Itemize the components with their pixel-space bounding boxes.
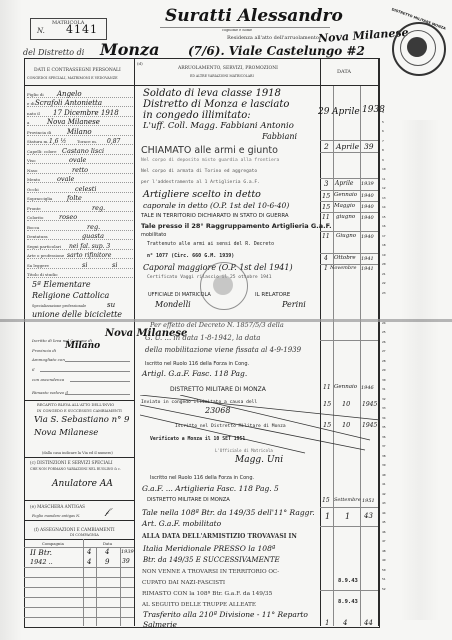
date-row-line (320, 253, 378, 254)
header-row-line (24, 85, 380, 86)
provincia-value: Milano (65, 341, 100, 351)
entry-line-printed: ALLA DATA DELL'ARMISTIZIO TROVAVASI IN (142, 533, 297, 540)
field-row: Frontereg. (27, 202, 133, 212)
date-row-line (320, 340, 378, 341)
section-line (24, 457, 134, 458)
row-line (24, 597, 134, 598)
signature: Perini (282, 300, 306, 309)
entry-line: L'uff. Coll. Magg. Fabbiani Antonio (143, 121, 294, 131)
field-row: Specializzazione professionalesu (27, 300, 133, 308)
maschera-title: (e) MASCHERA ANTIGAS (30, 504, 85, 509)
entry-line: in congedo illimitato: (143, 110, 251, 121)
field-row: Sopraccigliafolte (27, 193, 133, 203)
field-row: Figlio diAngelo (27, 88, 133, 98)
entry-line: Soldato di leva classe 1918 (143, 88, 281, 99)
signature: Fabbiani (262, 132, 297, 141)
date-row-line (320, 507, 378, 508)
scan-shadow-right (400, 120, 440, 620)
entry-line-printed: AL SEGUITO DELLE TRUPPE ALLEATE (142, 602, 256, 608)
field-row: 5ª Elementare (27, 278, 133, 289)
field-row: Boccareg. (27, 221, 133, 231)
assegnazioni-subtitle: DI COMPAGNIA (70, 533, 99, 537)
field-row: Arte o professionesarto rifinitore (27, 250, 133, 260)
entry-line-typed: Nel corpo di deposito misto guardia alla… (141, 158, 279, 163)
date-row-line (320, 140, 378, 141)
distinzioni-title: (c) DISTINZIONI E SERVIZI SPECIALI (30, 460, 113, 465)
entry-line: G.a.F. ... Artiglieria Fasc. 118 Pag. 5 (142, 484, 279, 493)
il-label: il (32, 367, 35, 372)
field-row: Capelli: coloreCastano lisci (27, 145, 133, 155)
seal-emblem-icon (213, 275, 233, 295)
recapito-title: RECAPITO BLEVA ALL'ATTO DELL'INVIO (37, 403, 114, 407)
entry-line-stamped: Tale presso il 28° Raggruppamento Artigl… (141, 222, 332, 230)
scan-shadow-left (0, 0, 22, 640)
col-divider-rownum (378, 58, 380, 626)
section-line (24, 500, 134, 501)
address-value: (7/6). Viale Castelungo #2 (188, 44, 365, 58)
military-record-sheet: MATRICOLA N. 4141 Suratti Alessandro cog… (0, 0, 452, 640)
maschera-signature: 𝒻 (105, 507, 109, 517)
entry-line-stamped: DISTRETTO MILITARE DI MONZA (147, 497, 230, 503)
signature: Magg. Uni (235, 455, 283, 465)
middle-col-title: ARRUOLAMENTO, SERVIZI, PROMOZIONI (178, 66, 278, 71)
field-row: Provincia diMilano (27, 126, 133, 136)
entry-line-stamped: CHIAMATO alle armi e giunto (141, 145, 278, 156)
field-row: Segni particolarinei fal. sup. 3 (27, 240, 133, 250)
field-row: Coloritoroseo (27, 212, 133, 222)
distinzioni-subtitle: CHE NON FORMANO VARIAZIONI NEL RUOLINO &… (30, 467, 121, 471)
date-row-line (320, 590, 378, 591)
matricola-number: 4141 (66, 23, 98, 36)
district-stamp: DISTRETTO MILITARE MONZA (392, 22, 446, 76)
maschera-label: Foglio mandare antigas N. (32, 514, 80, 518)
date-row-line (320, 178, 378, 179)
entry-line-stamped: mobilitato (141, 232, 166, 238)
left-col-title: DATI E CONTRASSEGNI PERSONALI (34, 68, 121, 73)
personal-data-fields: Figlio diAngelo e diScrafoli Antonietta … (27, 88, 133, 319)
entry-line-typed: n° 1077 (Circ. 660 G.M. 1939) (147, 253, 234, 259)
recapito-line1: Via S. Sebastiano n° 9 (34, 415, 129, 425)
distretto-label: del Distretto di (23, 48, 84, 57)
field-row: Mentoovale (27, 174, 133, 184)
entry-line: Distretto di Monza e lasciato (143, 99, 289, 110)
row-line (24, 617, 134, 618)
date-row-line (320, 152, 378, 153)
assegnazioni-col (83, 539, 84, 626)
col-divider-day (333, 85, 334, 626)
assegnazioni-header-line (24, 539, 134, 540)
line (70, 381, 130, 382)
soldier-name: Suratti Alessandro (165, 6, 343, 26)
official-seal (200, 262, 248, 310)
ammogliato-label: Ammogliato con (32, 357, 65, 362)
row-line (24, 567, 134, 568)
entry-line: Btr. da 149/35 E SUCCESSIVAMENTE (143, 556, 280, 564)
field-row: unione delle biciclette (27, 308, 133, 319)
entry-line: Trasferito alla 210ª Divisione - 11° Rep… (143, 610, 308, 619)
middle-col-subtitle: ED ALTRE VARIAZIONI MATRICOLARI (190, 74, 254, 78)
field-row: Dentaturaguasta (27, 231, 133, 241)
line (65, 394, 130, 395)
row-line (24, 607, 134, 608)
section-line (24, 520, 134, 521)
field-row: Visoovale (27, 155, 133, 165)
field-row: Statura m.1,6 ½Torace m.0,87 (27, 136, 133, 146)
entry-line: Art. G.a.F. mobilitato (142, 519, 221, 528)
entry-line: Tale nella 108ª Btr. da 149/35 dell'11° … (142, 508, 315, 517)
recapito-line2: Nova Milanese (34, 428, 98, 438)
stamp-emblem-icon (407, 37, 427, 57)
entry-line-stamped: TALE IN TERRITORIO DICHIARATO IN STATO D… (141, 213, 289, 219)
distinzioni-value: Anulatore AA (52, 479, 113, 489)
col-divider-left (134, 58, 135, 626)
field-row: Titolo di studio (27, 269, 133, 279)
date-row-line (320, 526, 378, 527)
date-row-line (320, 212, 378, 213)
matricola-prefix: N. (37, 27, 45, 35)
entry-line-typed: Trattenuto alle armi ai sensi del R. Dec… (147, 242, 274, 247)
compagnia-header: Compagnia (42, 541, 64, 546)
relatore-label: IL RELATORE (255, 292, 290, 298)
ufficiale-label: UFFICIALE DI MATRICOLA (148, 292, 211, 298)
col-divider-date (320, 58, 321, 626)
entry-line: caporale in detto (O.P. 1st del 10-6-40) (143, 201, 289, 210)
entry-line-printed: CUPATO DAI NAZI-FASCISTI (142, 580, 225, 586)
entry-line-stamped: Iscritto nel Ruolo 116 della Forza in Co… (145, 361, 249, 367)
entry-line: Italia Meridionale PRESSO la 108ª (143, 544, 275, 553)
field-row: e diScrafoli Antonietta (27, 98, 133, 108)
date-col-title: DATA (337, 69, 351, 75)
provincia-label: Provincia di (32, 348, 56, 353)
entry-line: Artigl. G.a.F. Fasc. 118 Pag. (142, 369, 247, 378)
vedovo-label: Rimasto vedovo il (32, 390, 68, 395)
date-row-line (320, 190, 378, 191)
note-marker-d: (d) (137, 61, 143, 66)
entry-line-printed: NON VENNE A TROVARSI IN TERRITORIO OC- (142, 569, 279, 575)
section-line (24, 400, 134, 401)
field-row: Occhicelesti (27, 183, 133, 193)
cognome-label: cognome e nome (222, 28, 252, 32)
distretto-value: Monza (100, 40, 159, 59)
recapito-subtitle: IN CONGEDO E SUCCESSIVI CAMBIAMENTI (37, 409, 122, 413)
left-col-subtitle: CONGEDOI SPECIALI, MATRIMONI E VEDOVANZE (27, 76, 118, 80)
entry-line: Artigliere scelto in detto (143, 189, 261, 200)
entry-line-typed: per l'addestramento al 1 Artiglieria G.a… (141, 180, 260, 185)
assegnazioni-title: (f) ASSEGNAZIONI E CAMBIAMENTI (34, 527, 115, 532)
entry-line-printed: RIMASTO CON la 108ª Btr. G.a.F. da 149/3… (142, 591, 272, 597)
line (40, 371, 130, 372)
entry-line-stamped: DISTRETTO MILITARE DI MONZA (170, 386, 266, 393)
row-numbers: 4 5 6 7 8 9 10 11 12 13 14 15 16 17 18 1… (382, 110, 390, 596)
entry-line: della mobilitazione viene fissata al 4-9… (145, 346, 301, 354)
residenza-label: Residenza all'atto dell'arruolamento (227, 35, 319, 41)
date-row-line (320, 231, 378, 232)
line (65, 361, 130, 362)
entry-line-stamped: Iscritto nel Ruolo 116 della Forza in Co… (150, 475, 254, 481)
row-line (24, 587, 134, 588)
signature: Mondelli (155, 300, 191, 309)
data-header: Data (103, 541, 112, 546)
field-row: Sa leggeresisi (27, 259, 133, 269)
entry-line-typed: Nel corpo di armata di Torino ed aggrega… (141, 169, 257, 174)
recapito-note: (dalla casa indicare la Via ed il numero… (42, 451, 113, 455)
entry-line: Salmerie (143, 620, 177, 629)
con-label: con ascendenza (32, 377, 64, 382)
row-line (24, 577, 134, 578)
field-row: Religione Cattolica (27, 289, 133, 300)
field-row: Nasoretto (27, 164, 133, 174)
entry-line: G. U. ... in data 1-8-1942, la data (145, 334, 260, 342)
date-row-line (320, 201, 378, 202)
date-row-line (320, 264, 378, 265)
field-row: nato il17 Dicembre 1918 (27, 107, 133, 117)
col-divider-month (360, 85, 361, 626)
entry-line: Per effetto del Decreto N. 1857/5/3 dell… (150, 321, 284, 329)
field-row: aNova Milanese (27, 117, 133, 127)
